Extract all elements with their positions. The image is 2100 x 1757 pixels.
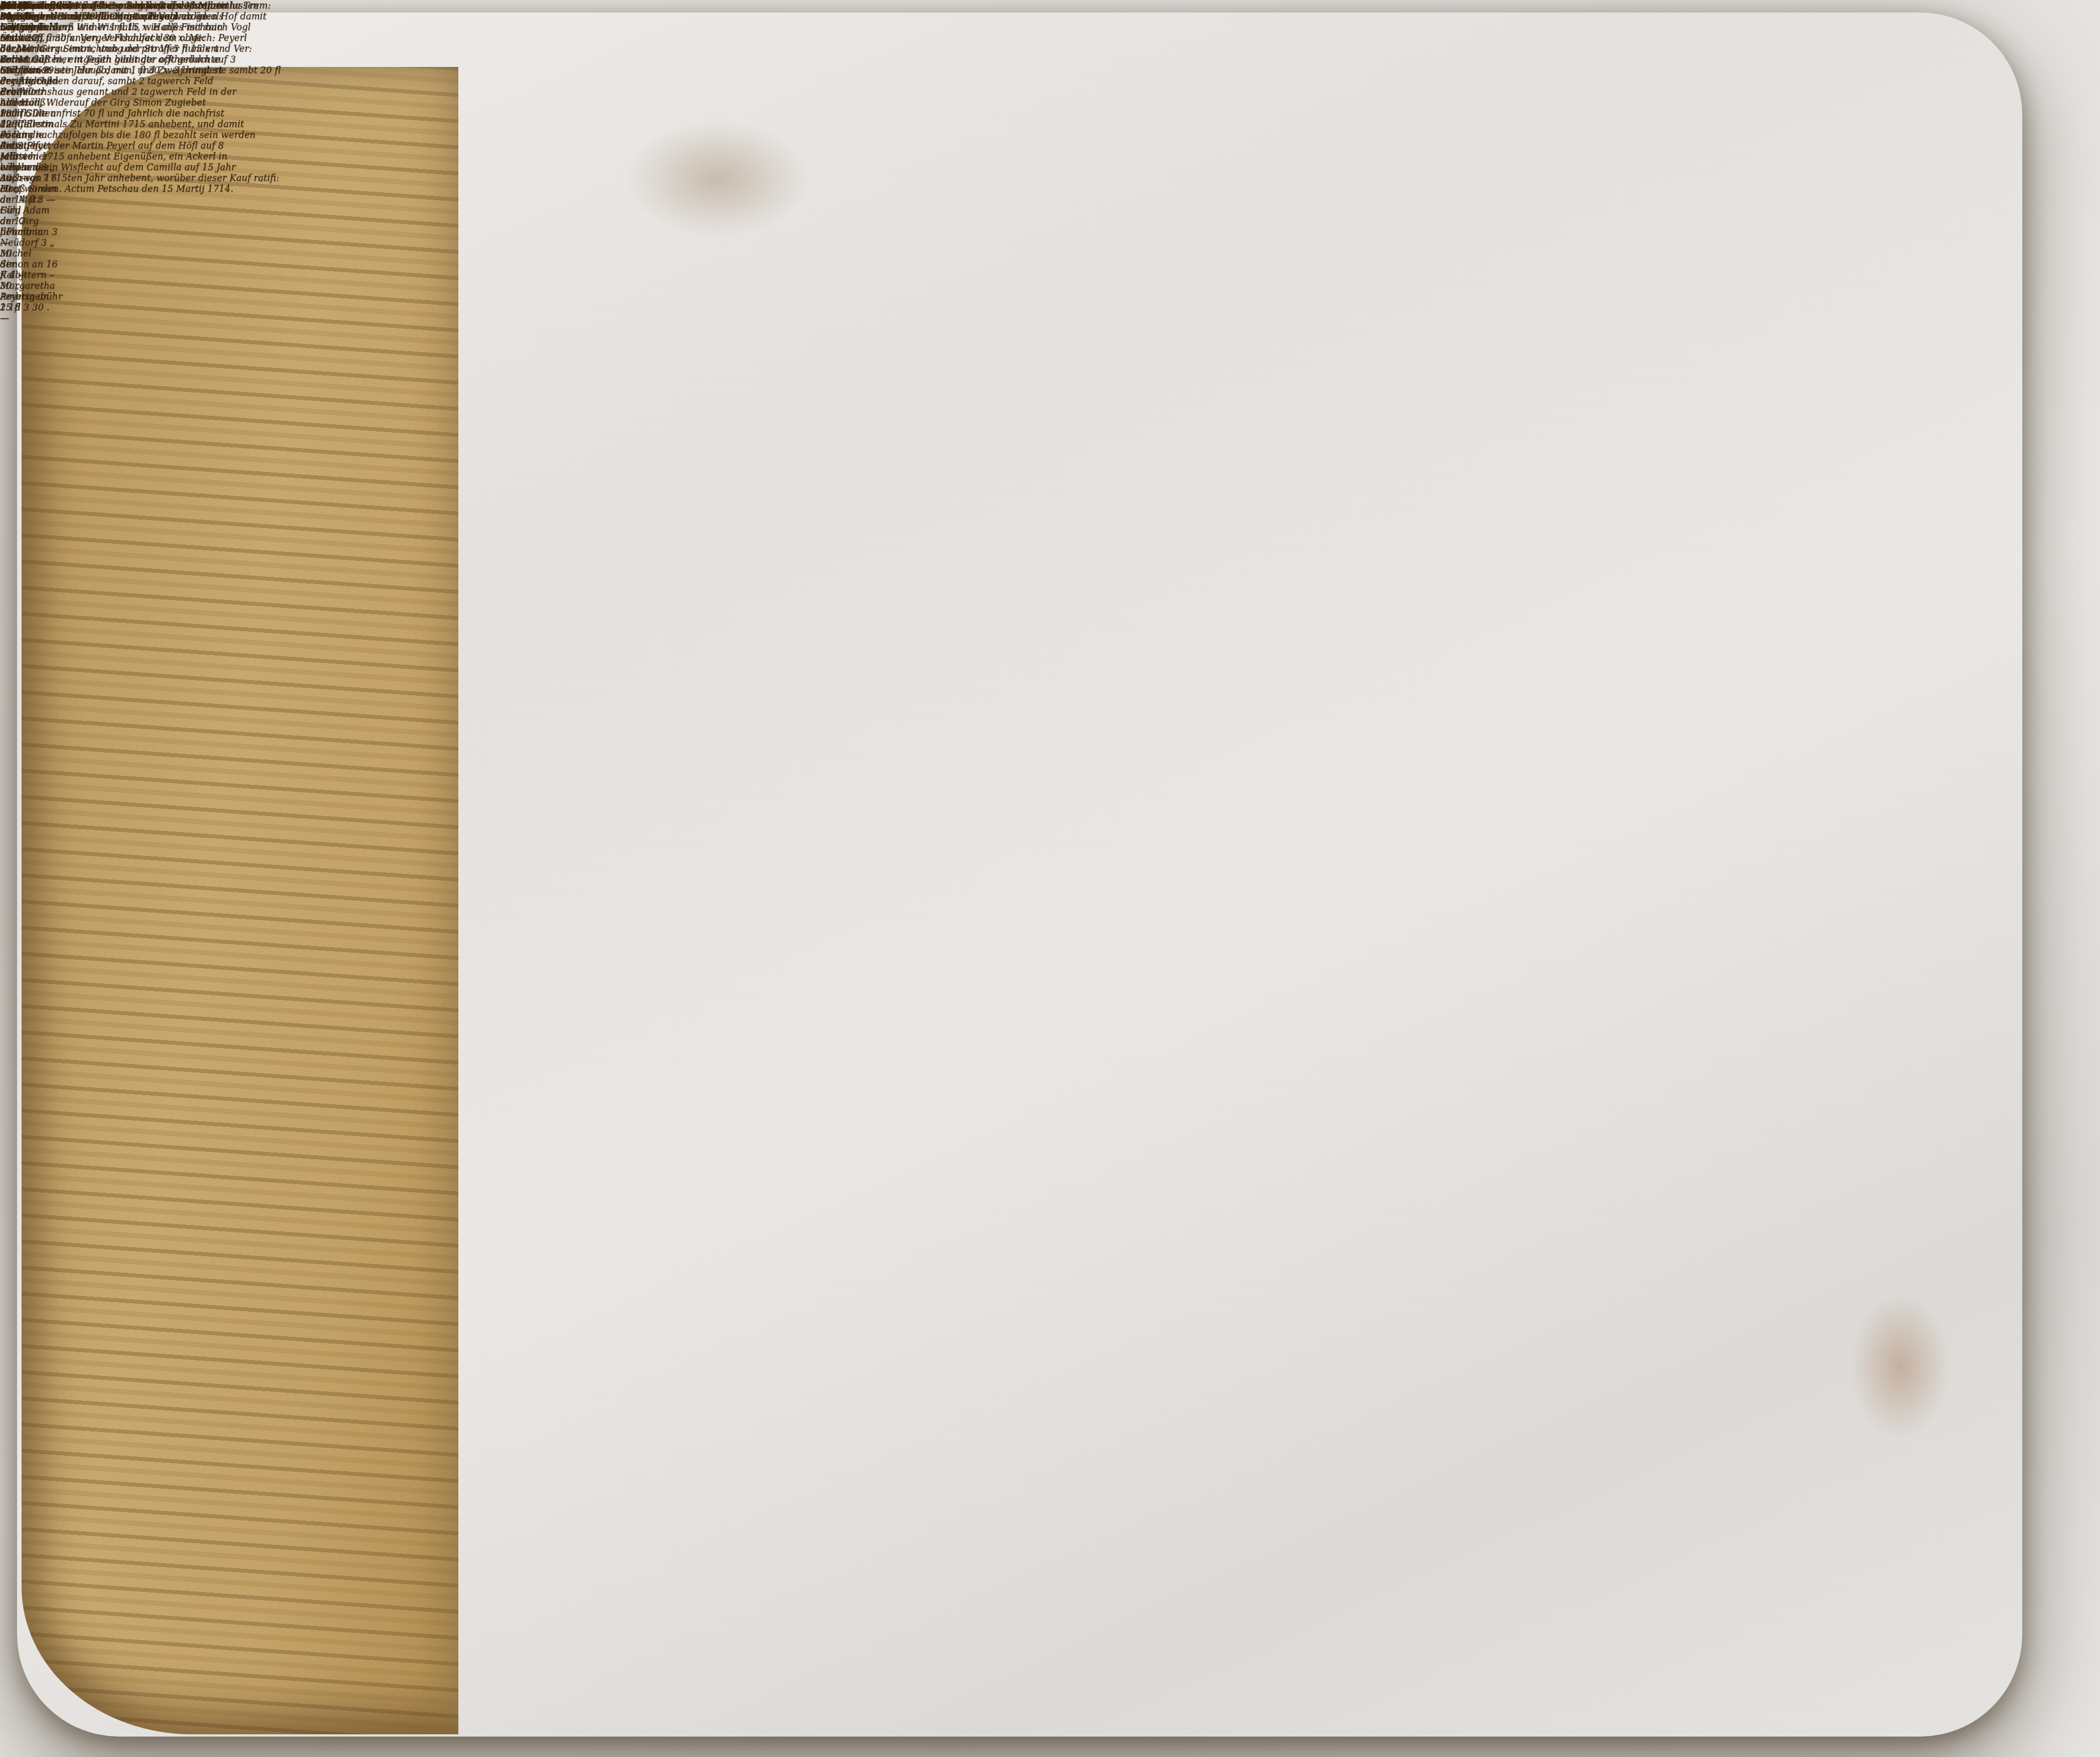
paper-stain (624, 119, 811, 238)
table-row: Hanß Simon an 14 fl 3 — (0, 183, 58, 205)
table-row: Margaretha Peyerin an 15 fl 3 30 . — (0, 280, 58, 323)
row-dash: — (20, 172, 29, 183)
row-label: noch Gülten 228 fl. daran die Petta Peye… (0, 108, 56, 151)
total-kreuzer: 54 (0, 11, 11, 22)
rust-stain (1849, 1293, 1951, 1441)
row-label: Girg Adam an 12 flPuchman (0, 205, 49, 237)
row-value: 4 (9, 269, 15, 280)
table-row: Michel Simon an 16 fl 4 — (0, 248, 58, 280)
total-gulden: 42 (0, 0, 11, 11)
table-row: selbst hier erhoben 8 „ 30 . — (0, 151, 58, 183)
row-dash: — (0, 237, 9, 248)
left-page-edges (22, 67, 458, 1734)
background-speck (1163, 1734, 1188, 1753)
table-row: Girg Adam an 12 flPuchman 3 — (0, 205, 58, 248)
row-dash: — (22, 43, 31, 54)
table-row: noch Gülten 228 fl. daran die Petta Peye… (0, 108, 58, 151)
row-value-2: 30 . (32, 302, 50, 312)
table-row: der Muisl und fran Peyerlischen Erben ha… (0, 54, 58, 108)
right-page-edges (1933, 16, 2023, 1720)
debts-total: 42 54 (0, 0, 11, 22)
row-value: 3 (52, 226, 57, 237)
row-dash: — (0, 312, 9, 323)
row-dash: — (46, 194, 55, 205)
ink-blot (1147, 754, 1164, 768)
row-value-2: 54 „ (0, 43, 19, 54)
debts-table: der Obrigkeit — G M deren rests 20 „ 54 … (0, 0, 58, 323)
row-value: 20 „ (26, 32, 45, 43)
row-value: 3 (37, 194, 43, 205)
row-value: 8 „ (41, 162, 54, 172)
row-value-2: 30 . (0, 172, 18, 183)
row-value: 3 (23, 302, 29, 312)
superscript-note: Puchman (6, 226, 49, 237)
row-label: der Muisl und fran Peyerlischen Erben ha… (0, 54, 58, 108)
row-dash: — (18, 269, 27, 280)
